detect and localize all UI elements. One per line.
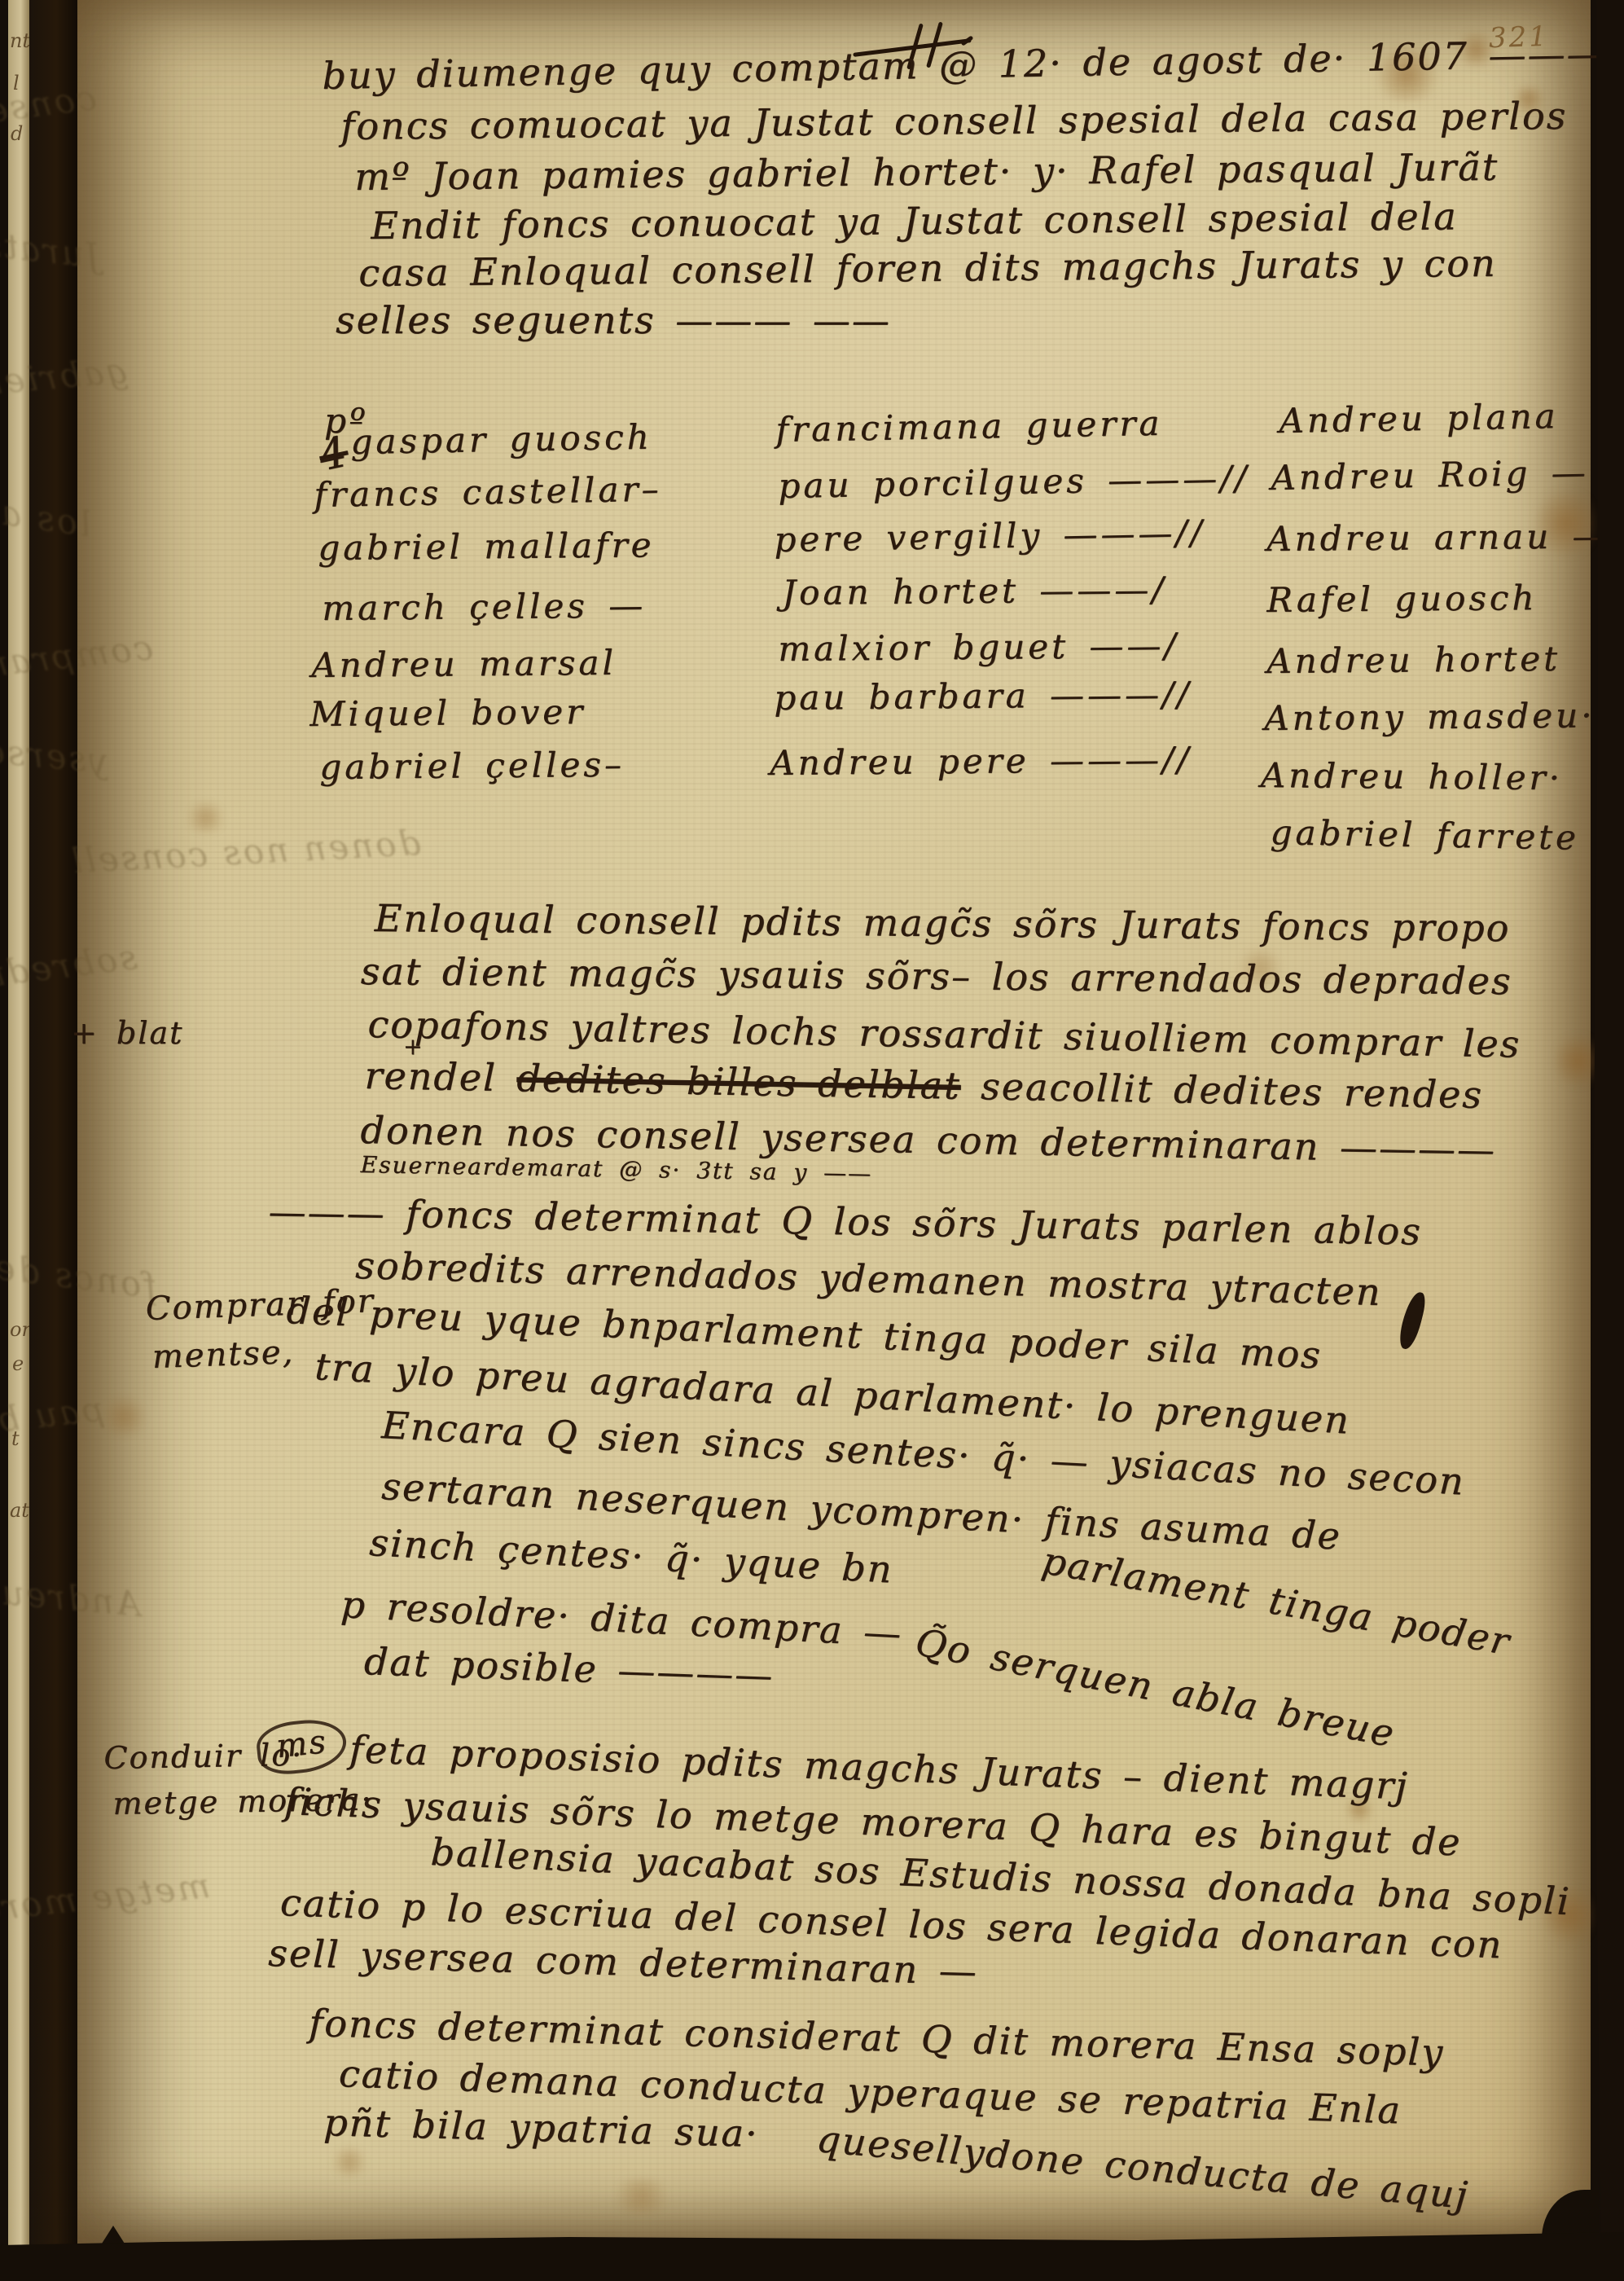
attendee-name: pau barbara ———//: [774, 675, 1192, 718]
circled-mark-text: ms: [254, 1716, 349, 1777]
manuscript-line: Enloqual consell pdits magc̃s sõrs Jurat…: [375, 896, 1511, 950]
attendee-name: malxior bguet ——/: [778, 626, 1179, 669]
manuscript-line: foncs comuocat ya Justat consell spesial…: [340, 94, 1567, 148]
attendee-name: Andreu marsal: [311, 643, 617, 685]
attendee-name: march çelles —: [322, 586, 646, 628]
paper-stain: [1556, 1031, 1600, 1092]
attendee-name: gabriel mallafre: [318, 525, 655, 568]
attendee-name: gabriel çelles–: [319, 745, 625, 787]
edge-fragment: at: [10, 1499, 29, 1522]
scan-edge-right: [1588, 0, 1624, 2281]
manuscript-line: rendel dedites billes delblat seacollit …: [364, 1053, 1483, 1117]
attendee-name: Andreu pere ———//: [770, 739, 1192, 783]
bleedthrough-text: donen nos consell: [68, 823, 422, 881]
line-segment: seacollit dedites rendes: [960, 1064, 1483, 1117]
manuscript-line: sinch çentes· q̃· yque bn: [368, 1520, 894, 1592]
manuscript-line: sat dient magc̃s ysauis sõrs– los arrend…: [361, 949, 1512, 1003]
line-segment: rendel: [364, 1053, 517, 1100]
attendee-name: pere vergilly ———//: [774, 512, 1205, 560]
manuscript-line: pñt bila ypatria sua·: [323, 2100, 760, 2156]
attendee-name: Andreu Roig —: [1271, 452, 1589, 498]
attendee-name: gabriel farrete: [1270, 812, 1579, 858]
attendee-name: Rafel guosch: [1266, 578, 1538, 620]
manuscript-line: mº Joan pamies gabriel hortet· y· Rafel …: [354, 145, 1499, 199]
manuscript-line: dat posible ————: [363, 1639, 775, 1698]
facing-page-edge: nt l d or e t at: [8, 0, 31, 2281]
ink-blot: [1397, 1290, 1429, 1351]
manuscript-line: Endit foncs conuocat ya Justat consell s…: [371, 194, 1458, 248]
edge-fragment: nt: [10, 29, 30, 52]
attendee-name: Andreu holler·: [1261, 755, 1564, 798]
edge-fragment: e: [12, 1352, 24, 1375]
attendee-name: Andreu hortet: [1266, 639, 1560, 681]
manuscript-line: ——— foncs determinat Q los sõrs Jurats p…: [268, 1189, 1422, 1254]
attendee-name: Andreu arnau —: [1266, 516, 1610, 559]
manuscript-line: parlament tinga poder: [1039, 1538, 1514, 1664]
attendee-name: Joan hortet ———/: [782, 569, 1167, 613]
margin-note-blat: + blat: [71, 1015, 183, 1051]
manuscript-line: selles seguents ——— ——: [336, 298, 891, 342]
paper-stain: [183, 802, 228, 833]
attendee-name: Andreu plana: [1279, 396, 1559, 441]
binding-gutter-shadow: [29, 0, 78, 2281]
paper-stain: [330, 2147, 369, 2178]
paper-stain: [98, 1397, 151, 1436]
attendee-name: Antony masdeu·: [1264, 695, 1595, 738]
manuscript-line: casa Enloqual consell foren dits magchs …: [358, 241, 1497, 295]
manuscript-line: Q̃o serquen abla breue: [912, 1620, 1399, 1756]
attendee-name: pau porcilgues ———//: [778, 458, 1250, 506]
margin-note-comprar: mentse,: [151, 1334, 295, 1376]
struck-text: dedites billes delblat: [516, 1056, 961, 1108]
attendee-name: Miquel bover: [309, 692, 586, 734]
edge-fragment: or: [10, 1318, 31, 1341]
attendee-name: gaspar guosch: [350, 417, 652, 462]
attendee-name: francs castellar–: [314, 469, 662, 515]
circled-mark: ms: [255, 1721, 349, 1767]
manuscript-line: quesellydone conducta de aquj: [814, 2116, 1470, 2217]
scanned-manuscript: nt l d or e t at consell spesial dela ca…: [0, 0, 1624, 2281]
attendee-name: francimana guerra: [775, 403, 1163, 450]
paper-stain: [607, 2179, 676, 2213]
manuscript-page: consell spesial dela casa Jurats y conse…: [77, 0, 1591, 2250]
